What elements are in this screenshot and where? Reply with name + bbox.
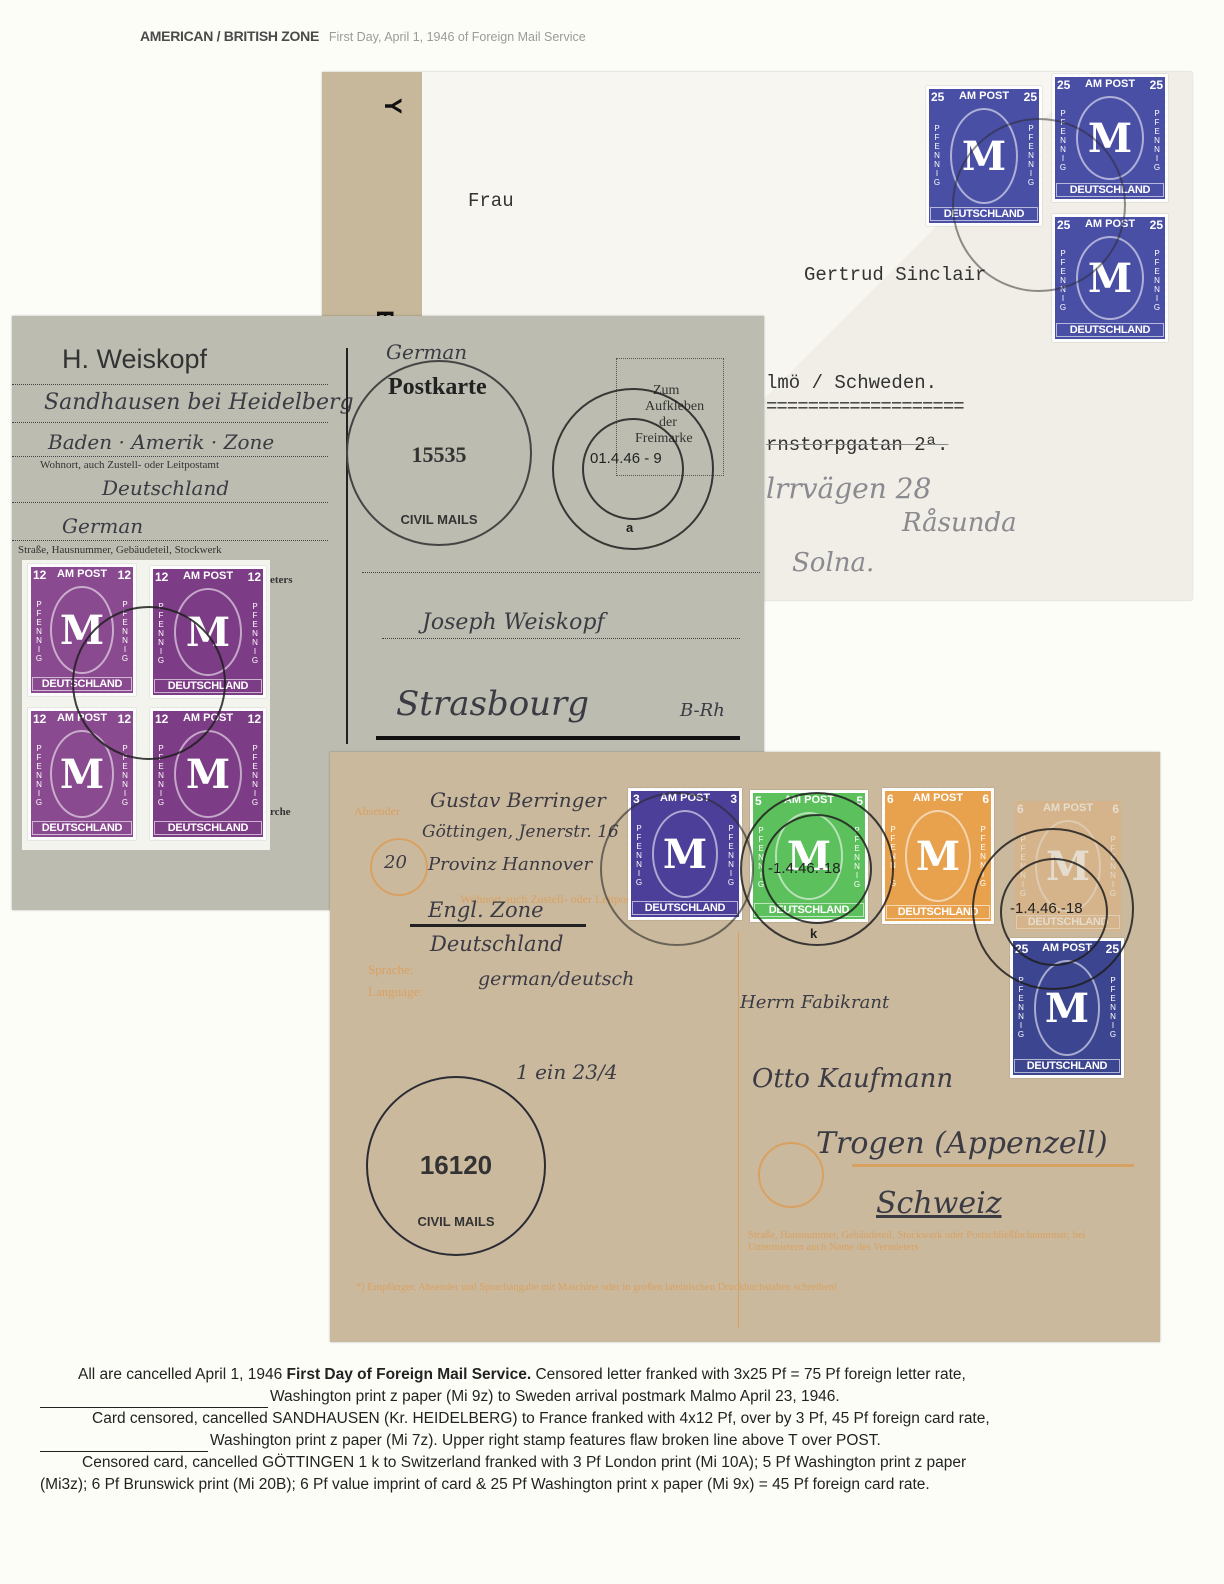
destination-region: B-Rh [680,700,725,721]
destination-country: Schweiz [876,1186,1002,1221]
military-censorship-stamp: 16120 CIVIL MAILS [366,1076,546,1256]
caption-paragraph: Washington print z paper (Mi 9z) to Swed… [40,1386,1180,1408]
censor-number: 16120 [368,1150,544,1181]
orange-address-line [852,1164,1134,1167]
sandhausen-postmark: 01.4.46 - 9 a [552,388,714,550]
sender-address-line: Baden · Amerik · Zone [48,430,274,454]
forward-address-line: Solna. [792,548,874,578]
printed-footer: Straße, Hausnummer, Gebäudeteil, Stockwe… [748,1230,1128,1254]
printed-footnote: *) Empfänger, Absender und Sprachangabe … [356,1282,838,1293]
orange-divider [738,932,739,1328]
malmo-postmark [952,118,1126,292]
goettingen-postmark: -1.4.46.-18 [972,828,1134,990]
city-line: lmö / Schweden. [766,372,937,394]
sender-line: Gustav Berringer [430,788,606,812]
header-subtitle: First Day, April 1, 1946 of Foreign Mail… [329,30,586,44]
censor-bottom-text: CIVIL MAILS [348,512,530,527]
goettingen-postmark: -1.4.46.-18 k [740,792,894,946]
pencil-note: 1 ein 23/4 [516,1060,617,1084]
forward-address-line: lrrvägen 28 [766,472,931,505]
sender-line: Deutschland [430,932,564,956]
postmark-code: a [626,520,633,535]
sender-address-line: Sandhausen bei Heidelberg [44,390,354,415]
language-value: german/deutsch [478,968,634,990]
recipient-title: Herrn Fabikrant [740,992,889,1013]
censor-tape: Y E [322,72,422,332]
postmark-date: -1.4.46.-18 [1010,900,1083,917]
printed-hint: Wohnort, auch Zustell- oder Leitpostamt [40,459,219,471]
destination-city: Strasbourg [396,684,589,724]
zone-title: AMERICAN / BRITISH ZONE [140,28,319,44]
caption-text: All are cancelled April 1, 1946 First Da… [40,1364,1180,1496]
tan-postcard: Absender 20 Gustav Berringer Göttingen, … [330,752,1160,1342]
recipient-name: Joseph Weiskopf [422,610,605,635]
printed-label: Language: [368,984,423,1000]
printed-label: Sprache: [368,962,413,978]
sender-line: Göttingen, Jenerstr. 16 [422,822,619,842]
divider-line [346,348,348,744]
sender-line: Engl. Zone [428,898,544,922]
caption-paragraph: All are cancelled April 1, 1946 First Da… [40,1364,1180,1386]
m-emblem-icon: M [905,810,970,902]
printed-hint: Straße, Hausnummer, Gebäudeteil, Stockwe… [18,544,222,556]
printed-label: Absender [354,804,400,819]
destination-city: Trogen (Appenzell) [816,1126,1108,1161]
sandhausen-postmark-on-stamps [72,606,226,760]
sender-address-line: German [62,514,143,538]
caption-paragraph: Censored card, cancelled GÖTTINGEN 1 k t… [40,1452,1180,1474]
censor-number: 15535 [348,442,530,468]
postmark-date: -1.4.46.-18 [768,860,841,877]
military-censorship-stamp: 15535 CIVIL MAILS [346,360,532,546]
printed-fragment: rche [270,806,291,818]
sender-address-line: Deutschland [102,476,229,500]
goettingen-postmark-on-3pf [600,792,754,946]
caption-paragraph: (Mi3z); 6 Pf Brunswick print (Mi 20B); 6… [40,1474,1180,1496]
caption-paragraph: Card censored, cancelled SANDHAUSEN (Kr.… [40,1408,1180,1430]
forward-address-line: Råsunda [902,508,1017,538]
caption-paragraph: Washington print z paper (Mi 7z). Upper … [40,1430,1180,1452]
page-header: AMERICAN / BRITISH ZONE First Day, April… [140,28,586,44]
postmark-date: 01.4.46 - 9 [590,450,662,467]
circle-number: 20 [384,852,407,873]
printed-fragment: eters [270,574,293,586]
addressee-title: Frau [468,190,514,212]
underline-bar [376,736,740,740]
orange-circle [758,1142,824,1208]
postmark-code: k [810,926,817,941]
censor-bottom-text: CIVIL MAILS [368,1214,544,1229]
separator-line: =================== [766,396,964,418]
tape-letter: Y [378,98,406,114]
recipient-name: Otto Kaufmann [752,1064,953,1094]
sender-line: Provinz Hannover [428,854,592,875]
addressee-name: Gertrud Sinclair [804,264,986,286]
street-line: rnstorpgatan 2ª. [766,434,948,456]
sender-name-stamp: H. Weiskopf [62,344,207,375]
underline-bar [410,924,586,927]
